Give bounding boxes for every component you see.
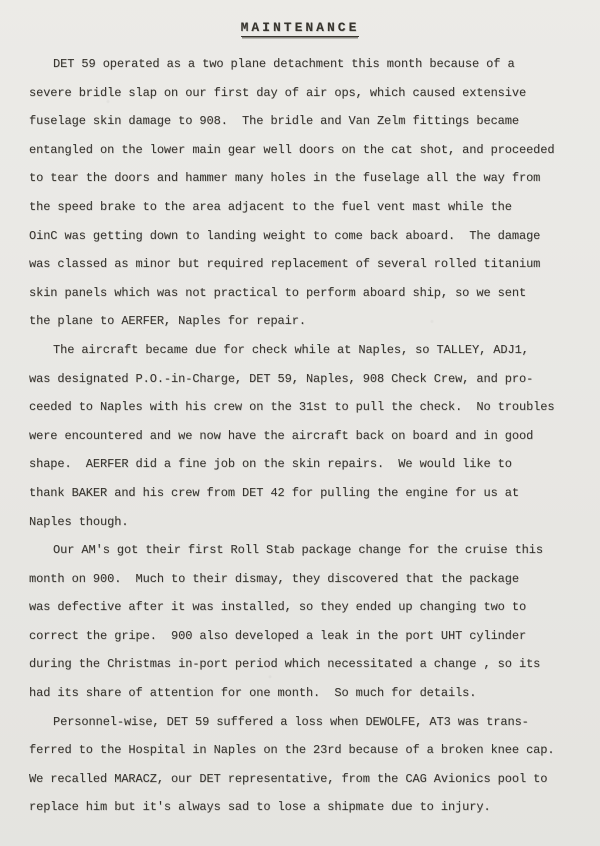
text-line: Personnel-wise, DET 59 suffered a loss w… [29, 708, 571, 737]
text-line: ceeded to Naples with his crew on the 31… [29, 393, 571, 422]
document-page: MAINTENANCE DET 59 operated as a two pla… [0, 0, 600, 822]
text-line: replace him but it's always sad to lose … [29, 793, 571, 822]
paragraph: The aircraft became due for check while … [29, 336, 571, 536]
text-line: entangled on the lower main gear well do… [29, 136, 571, 165]
text-line: was classed as minor but required replac… [29, 250, 571, 279]
text-line: month on 900. Much to their dismay, they… [29, 565, 571, 594]
text-line: during the Christmas in-port period whic… [29, 650, 571, 679]
text-line: were encountered and we now have the air… [29, 422, 571, 451]
text-line: Naples though. [29, 508, 571, 537]
text-line: ferred to the Hospital in Naples on the … [29, 736, 571, 765]
text-line: the speed brake to the area adjacent to … [29, 193, 571, 222]
text-line: The aircraft became due for check while … [29, 336, 571, 365]
text-line: Our AM's got their first Roll Stab packa… [29, 536, 571, 565]
page-title: MAINTENANCE [241, 19, 360, 37]
text-line: severe bridle slap on our first day of a… [29, 79, 571, 108]
document-body: DET 59 operated as a two plane detachmen… [29, 50, 571, 822]
text-line: skin panels which was not practical to p… [29, 279, 571, 308]
text-line: was defective after it was installed, so… [29, 593, 571, 622]
text-line: shape. AERFER did a fine job on the skin… [29, 450, 571, 479]
text-line: OinC was getting down to landing weight … [29, 222, 571, 251]
paragraph: DET 59 operated as a two plane detachmen… [29, 50, 571, 336]
text-line: was designated P.O.-in-Charge, DET 59, N… [29, 365, 571, 394]
paragraph: Our AM's got their first Roll Stab packa… [29, 536, 571, 708]
text-line: correct the gripe. 900 also developed a … [29, 622, 571, 651]
title-row: MAINTENANCE [29, 14, 571, 50]
text-line: DET 59 operated as a two plane detachmen… [29, 50, 571, 79]
text-line: We recalled MARACZ, our DET representati… [29, 765, 571, 794]
text-line: the plane to AERFER, Naples for repair. [29, 307, 571, 336]
paragraph: Personnel-wise, DET 59 suffered a loss w… [29, 708, 571, 822]
text-line: had its share of attention for one month… [29, 679, 571, 708]
text-line: fuselage skin damage to 908. The bridle … [29, 107, 571, 136]
text-line: to tear the doors and hammer many holes … [29, 164, 571, 193]
text-line: thank BAKER and his crew from DET 42 for… [29, 479, 571, 508]
